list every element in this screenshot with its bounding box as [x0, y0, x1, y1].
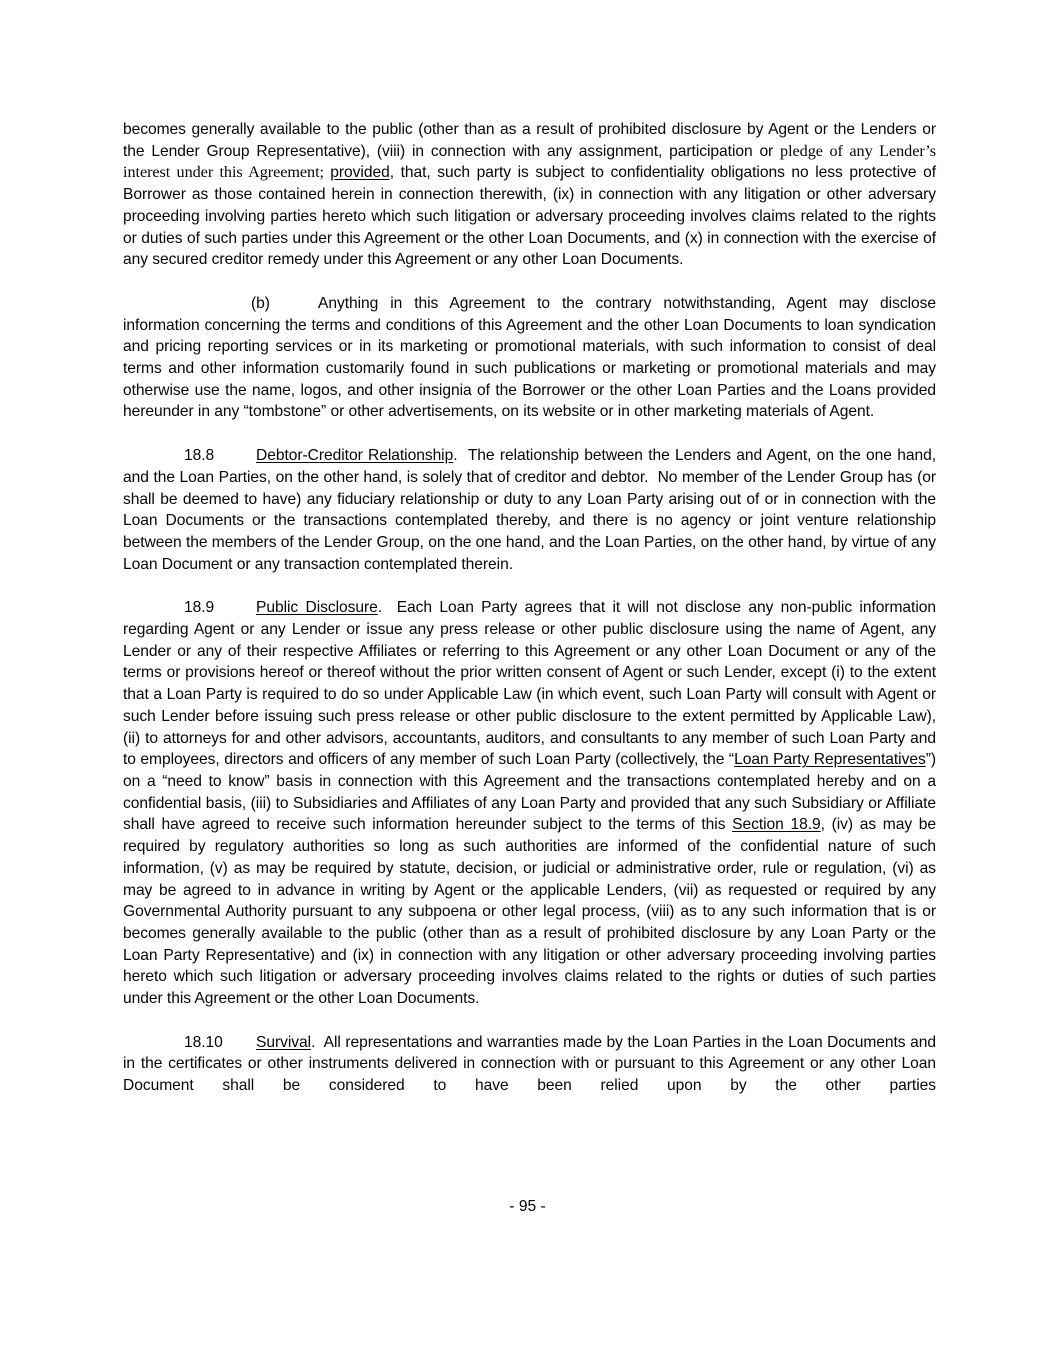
text-run: Loan Party Representatives: [734, 751, 926, 768]
text-run: , (iv) as may be required by regulatory …: [123, 816, 936, 1007]
text-run: Debtor-Creditor Relationship: [256, 447, 453, 464]
paragraph-section-18-8: 18.8Debtor-Creditor Relationship. The re…: [123, 445, 936, 575]
paragraph-section-18-9: 18.9Public Disclosure. Each Loan Party a…: [123, 597, 936, 1009]
document-body: becomes generally available to the publi…: [123, 119, 936, 1119]
paragraph-section-18-10: 18.10Survival. All representations and w…: [123, 1032, 936, 1097]
text-run: Section 18.9: [732, 816, 821, 833]
paragraph-label: (b): [251, 293, 318, 315]
text-run: Survival: [256, 1034, 311, 1051]
text-run: Anything in this Agreement to the contra…: [123, 295, 936, 421]
paragraph-label: 18.10: [184, 1032, 256, 1054]
paragraph-label: 18.8: [184, 445, 256, 467]
page-number: - 95 -: [0, 1198, 1055, 1216]
paragraph-label: 18.9: [184, 597, 256, 619]
text-run: . Each Loan Party agrees that it will no…: [123, 599, 936, 768]
text-run: provided: [330, 164, 389, 181]
paragraph-subsection-b: (b)Anything in this Agreement to the con…: [123, 293, 936, 423]
paragraph-confidentiality-continuation: becomes generally available to the publi…: [123, 119, 936, 271]
text-run: Public Disclosure: [256, 599, 378, 616]
document-page: becomes generally available to the publi…: [0, 0, 1055, 1365]
